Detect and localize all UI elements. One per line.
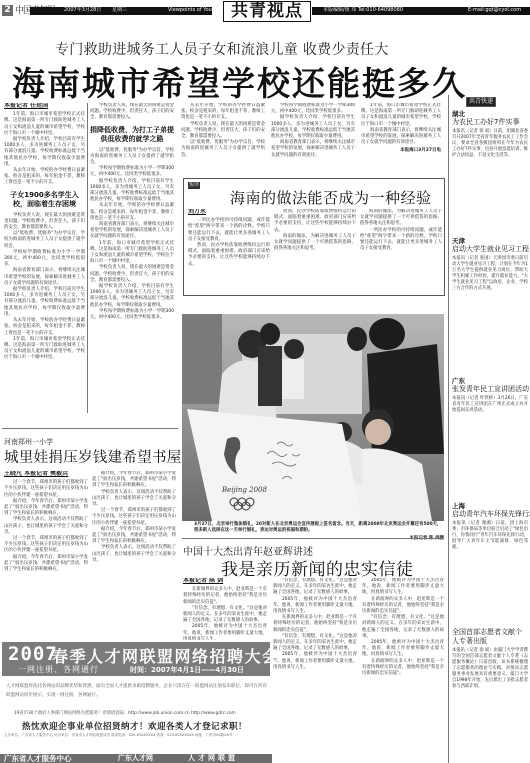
lead-paragraph: 从去年开始，学校的办学经费日益紧张。校舍是租来的，每年租金不菲，教师工资也是一笔…	[181, 103, 265, 122]
commentary-column-3: 海南的做法，为解决进城务工人员子女就学问题提供了一个可供借鉴的思路，值得各地关注…	[360, 209, 442, 293]
lead-paragraph: 学校负责人说，现在最大的困难是资金问题。学校收费少，但责任大，孩子们的安全、教育…	[4, 213, 85, 232]
lead-column-5: 1年前，海口市城市希望学校正式挂牌。这是海南第一所专门救助进城务工人员子女和流浪…	[361, 103, 441, 173]
issue-date: 2007年3月28日	[64, 6, 101, 15]
lead-subhead-1: 捐降低收费，为打工子弟提供低收费的就学之路	[90, 126, 174, 144]
ad-org-3: 人才网联盟	[188, 754, 238, 763]
second-story-paragraph: "有信念、有理想、有文化。"这是他对新闻人的定义。在多年的采访生涯中，他走遍了全…	[273, 634, 357, 653]
sidebar-item-guangdong: 广东 张发青年民工宣讲团活动 本报讯（记者 叶铁桥）3月26日，广东省青年民工宣…	[452, 377, 528, 414]
column-divider	[87, 103, 88, 413]
lead-paragraph: 海南省教育部门表示，将继续关注城市希望学校的发展，探索解决进城务工人员子女就学问…	[361, 128, 441, 147]
henan-paragraph: 学校负责人表示，这项活动不仅帮助了山区孩子，也让城里的孩子学会了关爱和分享。	[92, 490, 176, 509]
sidebar-body: 本报讯（记者 张国）天津团市委日前启动大学生就业见习工程，计划在今年为1万名大学…	[452, 256, 528, 292]
second-story-byline: 本报记者 陈 剑	[183, 578, 267, 584]
sidebar-item-hubei: 湖北 为农民工办好7件实事 本报讯（记者 徐 斌）日前，团湖北省委召开2007年…	[452, 110, 528, 159]
sidebar-label: 共青快递	[466, 97, 496, 107]
second-story-paragraph: 在新闻界的众多人中，赵亚辉是一个有着特殊经历的记者，他始终坚持"我是亲历新闻的忠…	[362, 597, 444, 616]
lead-paragraph: 据学校负责人介绍，学校目前有学生1000多人，多为进城务工人员子女，另有部分流浪…	[90, 179, 174, 204]
section-title: 共青视点	[223, 1, 311, 22]
lead-subhead-2: 子女1900多名学生入校，面临着生存困境	[4, 191, 85, 209]
commentary-paragraph: 海南的做法，为解决进城务工人员子女就学问题提供了一个可供借鉴的思路，值得各地关注…	[360, 209, 442, 228]
section-english: Viewpoints of Youth	[168, 6, 217, 15]
lead-paragraph: 1年前，海口市城市希望学校正式挂牌。这是海南第一所专门救助进城务工人员子女和流浪…	[90, 241, 174, 266]
henan-paragraph: 据介绍，今年春节后，郑州市某小学发起了"捐出压岁钱，共建希望书屋"活动，得到了学…	[92, 527, 176, 546]
sidebar-title: 全国首部志愿者文献个人专著出版	[452, 628, 528, 646]
lead-paragraph: 据学校负责人介绍，学校目前有学生1000多人，多为进城务工人员子女，另有部分流浪…	[90, 284, 174, 309]
lead-paragraph: 以"低收费、优服务"为办学宗旨，学校为海南的进城务工人员子女提供了就学机会。	[4, 231, 85, 250]
photo-credit: 本报记者 陈 剑摄	[194, 536, 444, 542]
henan-byline: 王晓凡 本报记者 樊毅兵	[4, 471, 88, 477]
henan-paragraph: 过一个春节，郑州市的孩子们都收到了不少压岁钱。这些孩子们决定用压岁钱为山区的小伙…	[4, 480, 88, 499]
sidebar-region: 湖北	[452, 110, 528, 118]
lead-paragraph: 从去年开始，学校的办学经费日益紧张。校舍是租来的，每年租金不菲，教师工资也是一笔…	[90, 203, 174, 222]
lead-paragraph: 学校负责人说，现在最大的困难是资金问题。学校收费少，但责任大，孩子们的安全、教育…	[90, 265, 174, 284]
wedding-olympic-photo-illustration: Beijing 2008	[182, 314, 444, 521]
lead-paragraph: 据学校负责人介绍，学校目前有学生1000多人，多为进城务工人员子女，另有部分流浪…	[4, 137, 85, 168]
email-address: E-mail:gqt@cyol.com	[468, 6, 521, 15]
sidebar-region: 上海	[452, 502, 528, 510]
commentary-tag: 短评	[188, 182, 200, 189]
beijing-2008-text: Beijing 2008	[221, 486, 268, 494]
second-story-paragraph: 在新闻界的众多人中，赵亚辉是一个有着特殊经历的记者，他始终坚持"我是亲历新闻的忠…	[362, 659, 444, 678]
commentary-byline: 刘万永	[188, 209, 270, 215]
masthead: 2 中国青年报 2007年3月28日 星期三 Viewpoints of You…	[0, 0, 530, 22]
sidebar-body: 本报讯（记者 谢湘）日前，团上海市委、市环保局等单位联合启动了"绿色出行，你我同…	[452, 521, 528, 551]
ad-org-2: 广东人才网	[118, 754, 153, 763]
lead-paragraph: 以"低收费、优服务"为办学宗旨，学校为海南的进城务工人员子女提供了就学机会。	[90, 148, 174, 167]
second-story-paragraph: "有信念、有理想、有文化。"这是他对新闻人的定义。在多年的采访生涯中，他走遍了全…	[273, 578, 357, 597]
sidebar-title: 启动大学生就业见习工程	[452, 245, 528, 254]
lead-paragraph: 据学校负责人介绍，学校目前有学生1000多人，多为进城务工人员子女，另有部分流浪…	[4, 287, 85, 318]
lead-paragraph: 学校负责人说，现在最大的困难是资金问题。学校收费少，但责任大，孩子们的安全、教育…	[90, 103, 174, 122]
ad-welcome: 热忱欢迎企事业单位招贤纳才！欢迎各类人才登记求职！	[22, 720, 247, 732]
second-story-column-2: "有信念、有理想、有文化。"这是他对新闻人的定义。在多年的采访生涯中，他走遍了全…	[273, 578, 357, 763]
lead-paragraph: 以"低收费、优服务"为办学宗旨，学校为海南的进城务工人员子女提供了就学机会。	[181, 140, 265, 159]
news-photo: Beijing 2008	[182, 314, 444, 521]
section-divider	[182, 538, 444, 539]
commentary-box: 短评 海南的做法能否成为一种经验 刘万永 一所民办学校的可持续问题，或许能给"希…	[183, 178, 445, 296]
photo-caption-text: 3月27日，北京举行集体婚礼，20对新人在北京奥运会宣传展板上签名留念。当天，距…	[194, 522, 441, 533]
ad-time: 时间：2007年4月1日——4月30日	[130, 665, 244, 675]
lead-paragraph: 学校负责人说，现在最大的困难是资金问题。学校收费少，但责任大，孩子们的安全、教育…	[181, 122, 265, 141]
henan-paragraph: 学校负责人表示，这项活动不仅帮助了山区孩子，也让城里的孩子学会了关爱和分享。	[4, 517, 88, 536]
lead-paragraph: 从去年开始，学校的办学经费日益紧张。校舍是租来的，每年租金不菲，教师工资也是一笔…	[4, 318, 85, 337]
sidebar-region: 广东	[452, 377, 528, 385]
second-story-paragraph: 2005年，他被评为中国十大杰出青年。他说，新闻工作者要用脚步丈量大地，用真情书…	[362, 640, 444, 659]
editor-line: 本版编辑/黄 玮 Tel:010-64098080	[323, 6, 403, 15]
lead-paragraph: 学校每学期收费标准为小学一学期300元，初中400元，比同类学校低很多。	[90, 166, 174, 178]
henan-paragraph: 据介绍，今年春节后，郑州市某小学发起了"捐出压岁钱，共建希望书屋"活动，得到了学…	[4, 555, 88, 574]
commentary-title: 海南的做法能否成为一种经验	[230, 187, 432, 208]
henan-column-1: 王晓凡 本报记者 樊毅兵 过一个春节，郑州市的孩子们都收到了不少压岁钱。这些孩子…	[4, 471, 88, 636]
sidebar-title: 为农民工办好7件实事	[452, 118, 528, 127]
henan-paragraph: 学校负责人表示，这项活动不仅帮助了山区孩子，也让城里的孩子学会了关爱和分享。	[92, 545, 176, 564]
lead-paragraph: 学校每学期收费标准为小学一学期300元，初中400元，比同类学校低很多。	[271, 103, 355, 115]
ad-banner: 2007 春季人才网联盟网络招聘大会 一网注册、各网通行 时间：2007年4月1…	[2, 642, 270, 676]
commentary-column-2: 然而，民办学校依靠收费维持运行的模式，面临着重重困难。政府部门应该给予必要的支持…	[274, 209, 356, 293]
commentary-paragraph: 一所民办学校的可持续问题，或许能给"希望"两字带来一个新的诠释。学校只要还能运行…	[188, 218, 270, 243]
henan-paragraph: 过一个春节，郑州市的孩子们都收到了不少压岁钱。这些孩子们决定用压岁钱为山区的小伙…	[92, 508, 176, 527]
lead-paragraph: 1年前，海口市城市希望学校正式挂牌。这是海南第一所专门救助进城务工人员子女和流浪…	[361, 103, 441, 128]
commentary-paragraph: 一所民办学校的可持续问题，或许能给"希望"两字带来一个新的诠释。学校只要还能运行…	[360, 228, 442, 253]
henan-paragraph: 据介绍，今年春节后，郑州市某小学发起了"捐出压岁钱，共建希望书屋"活动，得到了学…	[92, 471, 176, 490]
second-story-paragraph: "有信念、有理想、有文化。"这是他对新闻人的定义。在多年的采访生涯中，他走遍了全…	[183, 606, 267, 625]
commentary-paragraph: 然而，民办学校依靠收费维持运行的模式，面临着重重困难。政府部门应该给予必要的支持…	[274, 209, 356, 234]
second-story-paragraph: 在新闻界的众多人中，赵亚辉是一个有着特殊经历的记者，他始终坚持"我是亲历新闻的忠…	[273, 615, 357, 634]
commentary-paragraph: 海南的做法，为解决进城务工人员子女就学问题提供了一个可供借鉴的思路，值得各地关注…	[274, 234, 356, 253]
second-story-paragraph: 在新闻界的众多人中，赵亚辉是一个有着特殊经历的记者，他始终坚持"我是亲历新闻的忠…	[183, 587, 267, 606]
ad-slogan: 一网注册、各网通行	[18, 664, 99, 675]
lead-paragraph: 1年前，海口市城市希望学校正式挂牌。这是海南第一所专门救助进城务工人员子女和流浪…	[4, 112, 85, 137]
lead-kicker: 专门救助进城务工人员子女和流浪儿童 收费少责任大	[55, 39, 389, 59]
second-story-paragraph: 2005年，他被评为中国十大杰出青年。他说，新闻工作者要用脚步丈量大地，用真情书…	[273, 652, 357, 671]
lead-paragraph: 从去年开始，学校的办学经费日益紧张。校舍是租来的，每年租金不菲，教师工资也是一笔…	[4, 168, 85, 187]
ad-description: 人才网联盟将依托各网站的品牌优势和资源，面向全国人才提供求职招聘服务。企业只需在…	[6, 682, 268, 700]
lead-headline: 海南城市希望学校还能挺多久	[12, 58, 467, 105]
sidebar-title: 启动青年汽车环保先锋行动	[452, 510, 528, 519]
sidebar-item-volunteer-book: 全国首部志愿者文献个人专著出版 本报讯（记者 徐 斌）由厦门大学学者撰写的全国首…	[452, 628, 528, 690]
sidebar-body: 本报讯（记者 徐 斌）由厦门大学学者撰写的全国首部志愿者文献个人专著《志愿服务概…	[452, 648, 528, 690]
ad-org-1: 广东省人才服务中心	[4, 754, 72, 763]
lead-column-3: 从去年开始，学校的办学经费日益紧张。校舍是租来的，每年租金不菲，教师工资也是一笔…	[181, 103, 265, 173]
second-story-paragraph: 2005年，他被评为中国十大杰出青年。他说，新闻工作者要用脚步丈量大地，用真情书…	[273, 597, 357, 616]
photo-caption: 3月27日，北京举行集体婚礼，20对新人在北京奥运会宣传展板上签名留念。当天，距…	[194, 522, 444, 542]
commentary-paragraph: 然而，民办学校依靠收费维持运行的模式，面临着重重困难。政府部门应该给予必要的支持…	[188, 243, 270, 268]
lead-credit: 本报海口3月27日电	[361, 148, 441, 154]
lead-paragraph: 1年前，海口市城市希望学校正式挂牌。这是海南第一所专门救助进城务工人员子女和流浪…	[4, 337, 85, 362]
sidebar-item-tianjin: 天津 启动大学生就业见习工程 本报讯（记者 张国）天津团市委日前启动大学生就业见…	[452, 237, 528, 292]
job-fair-advertisement: 2007 春季人才网联盟网络招聘大会 一网注册、各网通行 时间：2007年4月1…	[0, 640, 272, 763]
issue-weekday: 星期三	[112, 6, 127, 15]
ad-year: 2007	[8, 643, 58, 665]
henan-column-2: 据介绍，今年春节后，郑州市某小学发起了"捐出压岁钱，共建希望书屋"活动，得到了学…	[92, 471, 176, 636]
ad-footer: 广东省人才服务中心 广东人才网 人才网联盟	[0, 754, 272, 763]
lead-byline: 本报记者 任延国	[4, 103, 85, 109]
sidebar-body: 本报讯（记者 叶铁桥）3月26日，广东省青年民工宣讲团在广州正式成立并开始巡回宣…	[452, 396, 528, 414]
lead-paragraph: 海南省教育部门表示，将继续关注城市希望学校的发展，探索解决进城务工人员子女就学问…	[4, 268, 85, 287]
second-story-title: 我是亲历新闻的忠实信徒	[221, 555, 414, 580]
ad-urls[interactable]: 19省市30个政府人事部门网站网络为您服务！详情请登陆：http://www.j…	[14, 710, 236, 716]
lead-paragraph: 海南省教育部门表示，将继续关注城市希望学校的发展，探索解决进城务工人员子女就学问…	[90, 222, 174, 241]
second-story-paragraph: 2005年，他被评为中国十大杰出青年。他说，新闻工作者要用脚步丈量大地，用真情书…	[362, 578, 444, 597]
lead-paragraph: 学校每学期收费标准为小学一学期300元，初中400元，比同类学校低很多。	[4, 250, 85, 269]
sidebar-title: 张发青年民工宣讲团活动	[452, 385, 528, 394]
henan-divider	[2, 428, 178, 429]
page-number: 2	[2, 5, 13, 16]
lead-paragraph: 据学校负责人介绍，学校目前有学生1000多人，多为进城务工人员子女，另有部分流浪…	[271, 115, 355, 140]
lead-paragraph: 学校每学期收费标准为小学一学期300元，初中400元，比同类学校低很多。	[90, 309, 174, 321]
sidebar-divider	[448, 95, 449, 763]
lead-column-1: 本报记者 任延国 1年前，海口市城市希望学校正式挂牌。这是海南第一所专门救助进城…	[4, 103, 85, 413]
second-story-paragraph: "有信念、有理想、有文化。"这是他对新闻人的定义。在多年的采访生涯中，他走遍了全…	[362, 615, 444, 640]
henan-paragraph: 过一个春节，郑州市的孩子们都收到了不少压岁钱。这些孩子们决定用压岁钱为山区的小伙…	[4, 536, 88, 555]
ad-fine-print: 主办单位：广东省人才服务中心 协办单位：各省市人才网站联盟成员 联系电话：020…	[4, 733, 266, 738]
commentary-column-1: 刘万永 一所民办学校的可持续问题，或许能给"希望"两字带来一个新的诠释。学校只要…	[188, 209, 270, 293]
sidebar-item-shanghai: 上海 启动青年汽车环保先锋行动 本报讯（记者 谢湘）日前，团上海市委、市环保局等…	[452, 502, 528, 551]
sidebar-body: 本报讯（记者 徐 斌）日前，团湖北省委召开2007年全省青年服务农民工工作会议，…	[452, 129, 528, 159]
lead-column-4: 学校每学期收费标准为小学一学期300元，初中400元，比同类学校低很多。 据学校…	[271, 103, 355, 173]
henan-title: 城里娃捐压岁钱建希望书屋	[4, 446, 182, 467]
lead-paragraph: 海南省教育部门表示，将继续关注城市希望学校的发展，探索解决进城务工人员子女就学问…	[271, 140, 355, 159]
second-story-column-3: 2005年，他被评为中国十大杰出青年。他说，新闻工作者要用脚步丈量大地，用真情书…	[362, 578, 444, 763]
lead-column-2: 学校负责人说，现在最大的困难是资金问题。学校收费少，但责任大，孩子们的安全、教育…	[90, 103, 174, 413]
henan-paragraph: 据介绍，今年春节后，郑州市某小学发起了"捐出压岁钱，共建希望书屋"活动，得到了学…	[4, 499, 88, 518]
sidebar-region: 天津	[452, 237, 528, 245]
